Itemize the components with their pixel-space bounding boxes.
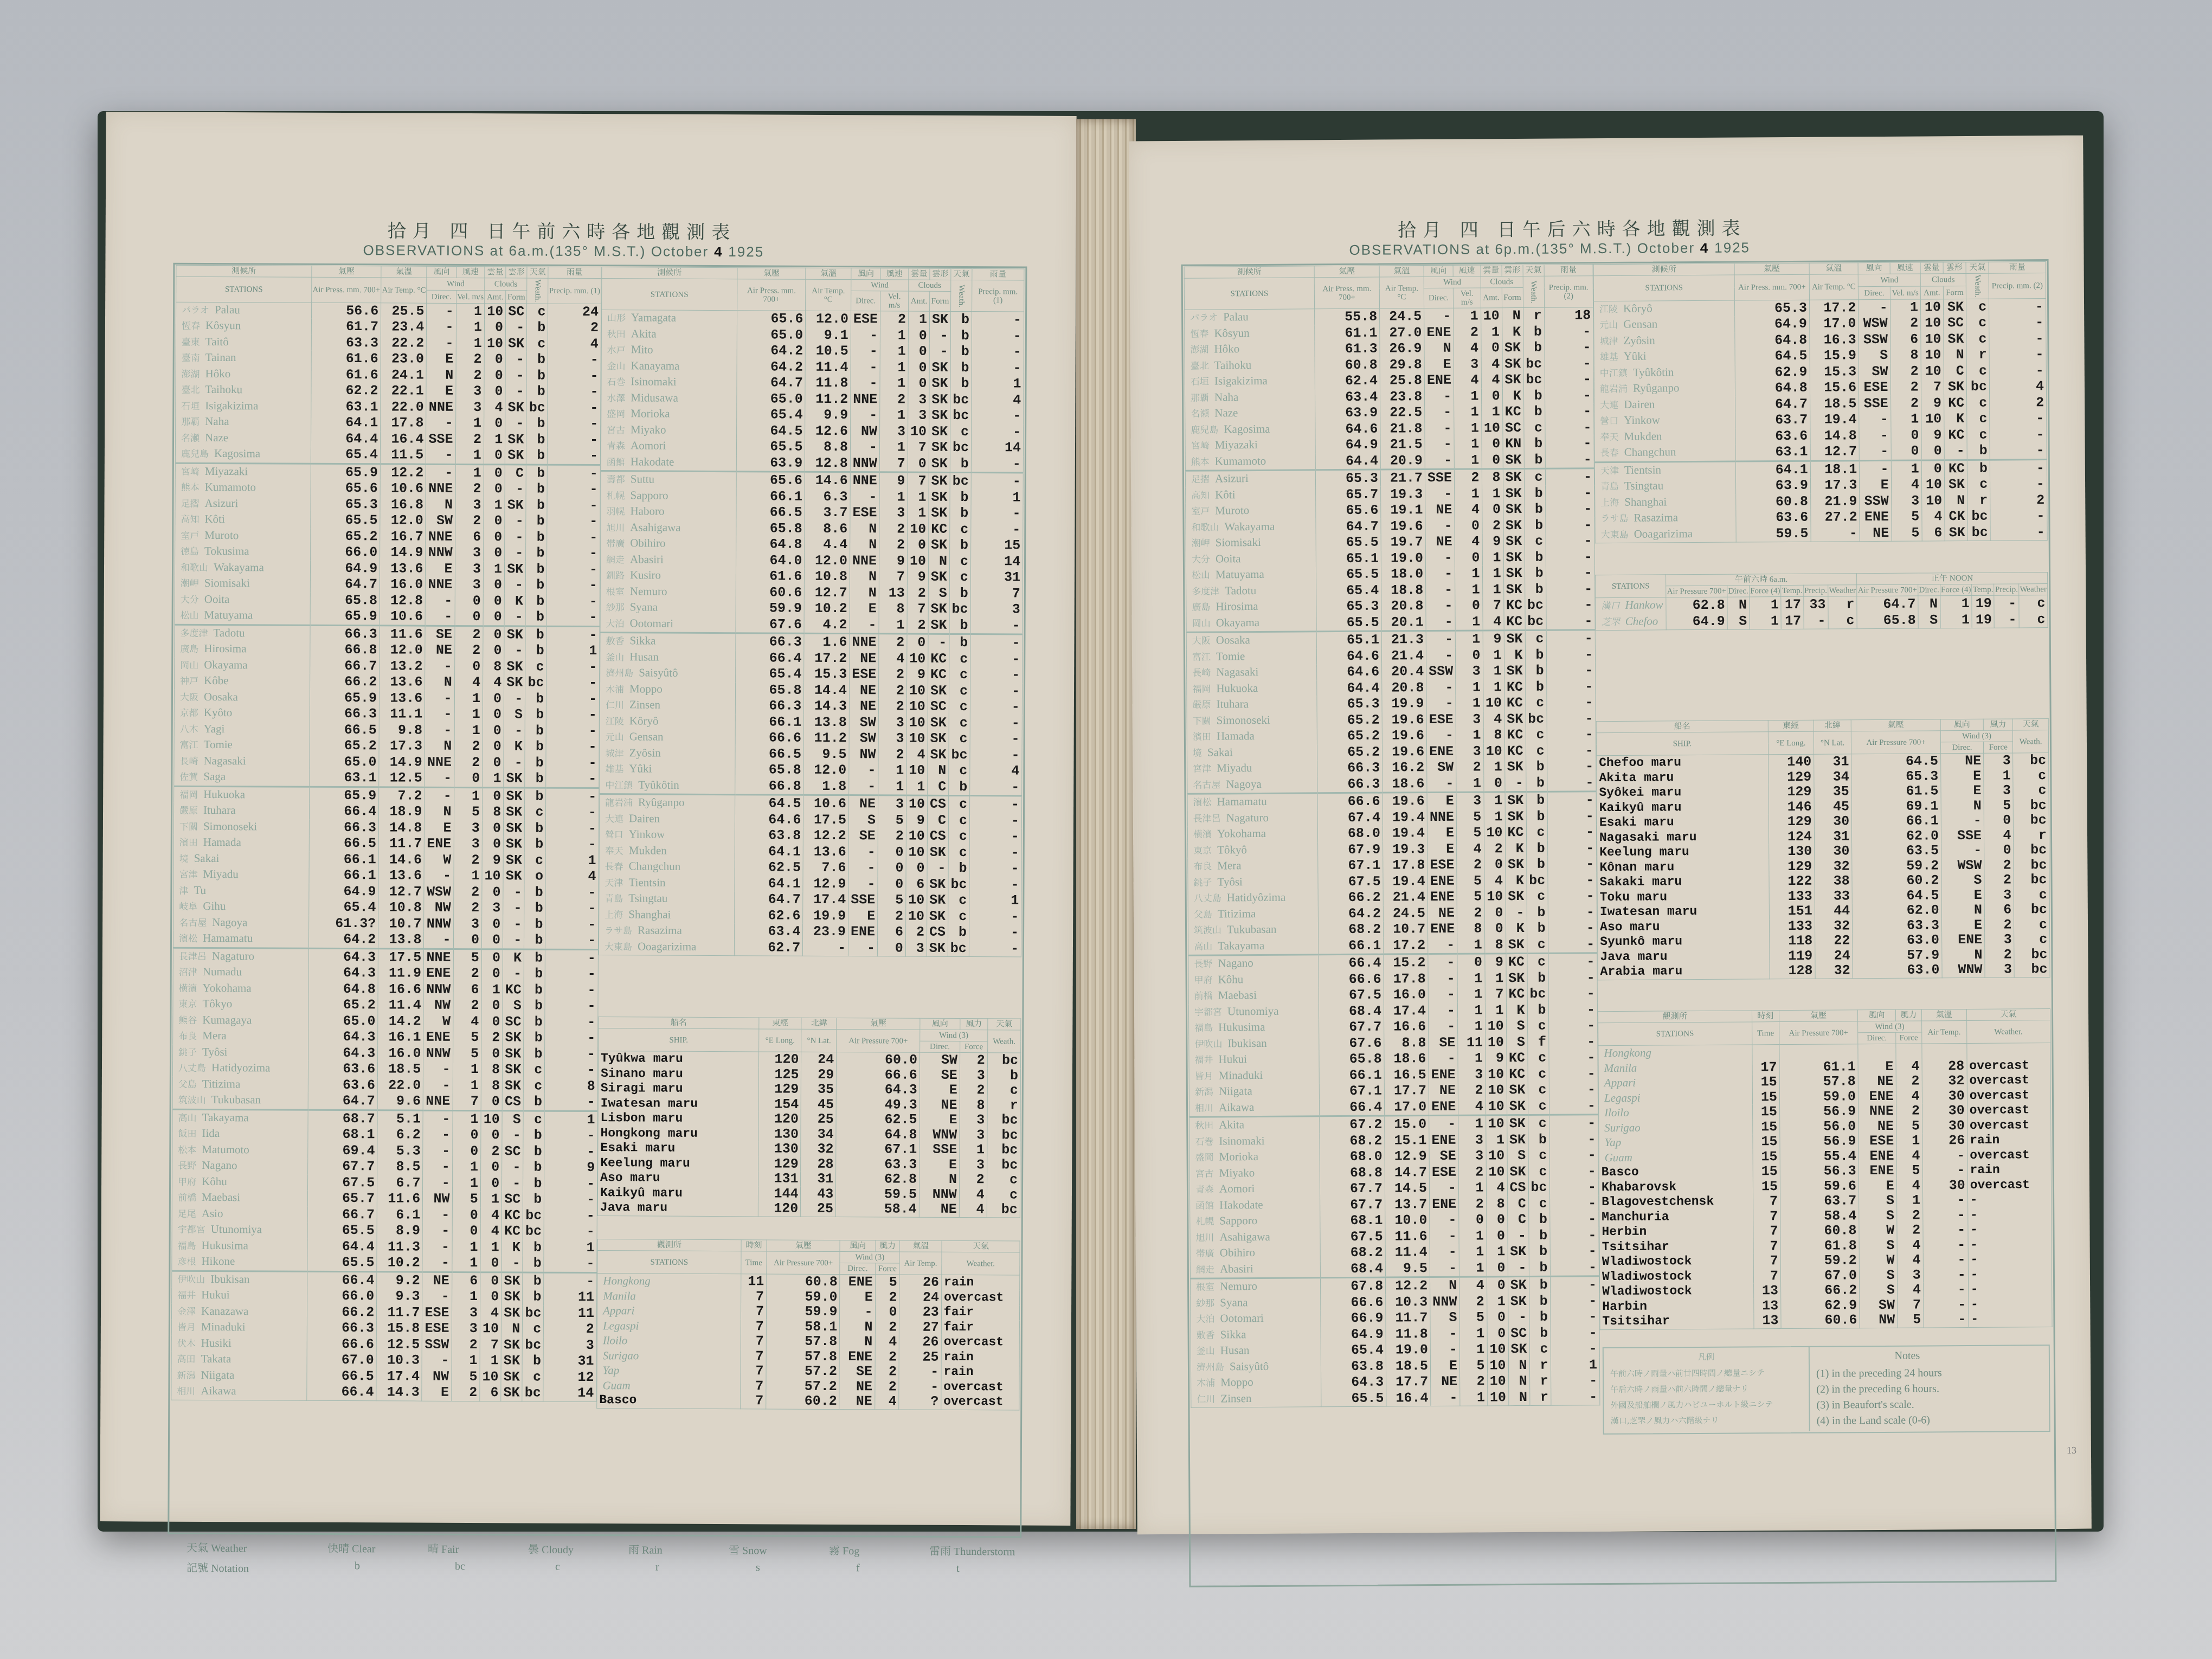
cloud-amount: 10 — [1921, 331, 1944, 348]
wind-direction: S — [1859, 348, 1890, 364]
wind-velocity: 4 — [1891, 477, 1921, 493]
wind-velocity: 3 — [455, 577, 483, 593]
wind-direction: - — [851, 375, 880, 391]
precipitation: 31 — [970, 569, 1023, 586]
wind-velocity: 3 — [878, 730, 906, 747]
precipitation: - — [548, 481, 601, 498]
weather-code: b — [523, 1289, 544, 1306]
air-temp: 19.6 — [1382, 728, 1426, 744]
station-name-en: Simonoseki — [203, 820, 257, 833]
air-temp: 15.8 — [377, 1321, 422, 1337]
precipitation: - — [1545, 501, 1594, 517]
weather-code: c — [948, 844, 969, 860]
station-row: 東京Tôkyo65.211.4NW20Sb- — [173, 996, 598, 1014]
precipitation: - — [1548, 1018, 1598, 1034]
precipitation: - — [548, 432, 601, 448]
station-name-en: Isigakizima — [1214, 374, 1268, 388]
wind-velocity: 0 — [452, 1223, 480, 1239]
weather-code: bc — [2014, 902, 2050, 917]
station-name-jp: 徳島 — [181, 546, 199, 557]
cloud-form: SK — [928, 601, 949, 618]
station-name-en: Mito — [631, 343, 653, 356]
station-name-jp: 根室 — [1196, 1282, 1214, 1293]
wind-direction: E — [919, 1083, 960, 1098]
air-temp: 17.2 — [1809, 299, 1859, 316]
air-pressure: 65.4 — [1321, 1342, 1386, 1359]
station-name-jp: 岐阜 — [179, 902, 197, 912]
foreign-station-row: Surigao757.8ENE225rain — [597, 1348, 1019, 1365]
station-name: 仁川Zinsen — [600, 697, 735, 714]
china-table-container: STATIONS午前六時 6a.m.正午 NOONAir Pressure 70… — [1595, 572, 2048, 631]
foreign-station-row: Appari1557.8NE232overcast — [1598, 1073, 2050, 1091]
station-name: 宮崎Miyazaki — [175, 463, 311, 480]
station-row: 飯田Iida68.16.2-00-b- — [172, 1126, 597, 1144]
precipitation: 7 — [970, 586, 1023, 602]
latitude: 24 — [1815, 948, 1853, 963]
wind-direction: NE — [1940, 753, 1983, 768]
station-name: 飯田Iida — [172, 1126, 308, 1143]
precipitation: - — [1546, 679, 1596, 695]
station-name-en: Obihiro — [630, 536, 665, 549]
cloud-amount: 0 — [1487, 1277, 1508, 1294]
wind-velocity: 2 — [1458, 1164, 1486, 1180]
station-name-jp: 父島 — [178, 1079, 197, 1090]
wind-velocity: 1 — [1454, 436, 1482, 452]
station-name-jp: 高山 — [1194, 941, 1212, 952]
wind-direction: NNE — [850, 553, 879, 569]
precipitation: - — [547, 497, 600, 513]
station-name-en: Miyako — [1219, 1166, 1255, 1179]
station-row: 嚴原Ituhara66.418.9N58SKc- — [173, 803, 599, 821]
wind-direction: N — [1424, 340, 1454, 357]
wind-direction: E — [1858, 1059, 1896, 1074]
weather-code: c — [1527, 936, 1548, 953]
station-name-jp: 濱松 — [1193, 797, 1212, 808]
weather-code: bc — [950, 408, 972, 424]
weather-code: c — [1528, 1098, 1549, 1115]
latitude: 32 — [1815, 859, 1853, 874]
station-name-en: Midusawa — [631, 391, 678, 404]
station-name: 釜山Husan — [600, 650, 736, 666]
station-row: 江陵Kôryô66.113.8SW310SKc- — [600, 713, 1022, 731]
cloud-form: C — [1507, 1212, 1528, 1228]
china-cell-d2: N — [1918, 596, 1940, 612]
longitude: 129 — [1769, 859, 1815, 874]
station-name-jp: 大東島 — [605, 942, 632, 953]
station-name-jp: 廣島 — [1192, 602, 1210, 613]
station-name-en: Saisyûtô — [639, 666, 678, 679]
wind-velocity: 1 — [1454, 404, 1482, 420]
station-name: 新潟Niigata — [1189, 1083, 1319, 1100]
station-row: 長崎Nagasaki64.620.4SSW31SKb- — [1187, 663, 1596, 681]
station-name-en: Aomori — [631, 439, 666, 452]
precipitation: - — [544, 1175, 597, 1192]
cloud-amount: 10 — [1487, 1390, 1508, 1406]
weather-code: b — [525, 837, 546, 853]
station-name-en: Changchun — [629, 859, 681, 872]
cloud-form: SK — [503, 837, 524, 853]
station-name: 八丈島Hatidyôzima — [1188, 890, 1318, 906]
station-name-en: Aomori — [1219, 1182, 1255, 1195]
cloud-form: SK — [1503, 549, 1525, 565]
header-wind: Wind (3) — [840, 1252, 899, 1263]
air-temp: 6.7 — [377, 1175, 423, 1191]
station-name-jp: 高知 — [1191, 490, 1210, 501]
header-clouds: Clouds — [1481, 276, 1523, 287]
ship-name: Arabia maru — [1598, 963, 1770, 980]
header-wind: Wind — [851, 280, 909, 291]
air-temp: 19.0 — [1381, 550, 1425, 567]
air-temp: 11.4 — [378, 998, 423, 1014]
cloud-form: - — [503, 916, 524, 933]
station-row: 石垣Isigakizima62.425.8ENE44SKbc- — [1185, 371, 1593, 390]
weather-code: c — [1525, 630, 1546, 647]
station-name: 元山Gensan — [600, 729, 735, 746]
weather-text: rain — [1967, 1162, 2051, 1178]
precipitation: - — [545, 916, 599, 933]
header-latitude: °N Lat. — [1814, 731, 1851, 754]
station-name-jp: 高田 — [177, 1354, 196, 1365]
air-temp: 22.0 — [381, 399, 426, 415]
header-jp-cell: 風向 — [920, 1018, 960, 1030]
air-pressure: 65.9 — [311, 464, 380, 481]
air-pressure: 60.0 — [837, 1052, 920, 1068]
station-name-jp: 釜山 — [606, 652, 624, 663]
legend-code: f — [829, 1562, 929, 1578]
precipitation: - — [1549, 1147, 1599, 1163]
station-name-en: Minaduki — [201, 1320, 246, 1333]
weather-code: bc — [949, 747, 970, 763]
station-name: 前橋Maebasi — [172, 1190, 307, 1207]
station-name: 沼津Numadu — [173, 964, 308, 981]
wind-velocity: 2 — [452, 1337, 480, 1353]
obs-time: 7 — [741, 1304, 766, 1319]
wind-force: 4 — [1984, 828, 2014, 843]
station-row: 敷香Sikka64.911.8-10SCb- — [1191, 1325, 1599, 1343]
station-row: 銚子Tyôsi64.316.0NNW50SKb- — [173, 1044, 598, 1062]
air-temp: 13.6 — [380, 561, 426, 577]
station-name-jp: 新潟 — [1195, 1086, 1213, 1097]
weather-code: bc — [2013, 753, 2049, 768]
air-pressure: 60.2 — [1852, 873, 1941, 889]
header-jp-cell: 北緯 — [1814, 720, 1851, 731]
weather-code: b — [1529, 1309, 1550, 1326]
station-name-jp: 熊本 — [1191, 456, 1210, 467]
station-name: 父島Titizima — [1188, 906, 1318, 923]
air-temp: 16.0 — [378, 1045, 423, 1062]
cloud-form: SK — [929, 489, 950, 505]
station-name: 大阪Oosaka — [1186, 632, 1316, 649]
foreign-station-row: Khabarovsk1559.6E430overcast — [1599, 1178, 2051, 1195]
station-name: 壽都Suttu — [601, 471, 736, 488]
china-cell-w1: c — [1828, 613, 1857, 629]
station-name-jp: 龍岩浦 — [605, 798, 633, 808]
wind-velocity: 1 — [452, 1175, 480, 1192]
header-sub-cell: Direc. — [1918, 584, 1940, 596]
cloud-amount: 0 — [1481, 340, 1502, 356]
weather-code: bc — [2014, 798, 2049, 813]
station-name-jp: 雄基 — [1600, 352, 1618, 363]
station-row: 網走Abasiri64.012.0NNE910Nc14 — [601, 552, 1023, 570]
precipitation: 18 — [1544, 307, 1593, 324]
weather-code: b — [526, 465, 547, 481]
station-row: 新潟Niigata66.517.4NW510SKc12 — [171, 1367, 596, 1385]
cloud-amount: 7 — [907, 601, 928, 618]
header-jp-cell: 天氣 — [2013, 719, 2049, 730]
weather-code: b — [523, 1256, 544, 1272]
cloud-form: - — [1508, 1259, 1529, 1276]
wind-velocity: 11 — [1458, 1034, 1486, 1051]
air-temp: 26.9 — [1380, 340, 1424, 357]
ship-name: Toku maru — [1597, 889, 1769, 905]
cloud-form: SK — [504, 626, 525, 643]
cloud-form: SK — [504, 659, 525, 675]
station-name-en: Abasiri — [630, 552, 664, 565]
station-name-jp: 長野 — [178, 1161, 196, 1172]
station-name-jp: 飯田 — [178, 1129, 196, 1140]
air-temp: 16.7 — [380, 529, 426, 545]
station-name-jp: ラサ島 — [1600, 513, 1628, 524]
station-name-jp: 名古屋 — [1193, 780, 1220, 790]
air-temp: 30 — [1922, 1178, 1967, 1193]
station-name-jp: 潮岬 — [181, 578, 199, 589]
air-pressure: 64.2 — [737, 359, 806, 375]
station-name-en: Utunomiya — [1227, 1004, 1279, 1018]
air-temp: 19.9 — [803, 908, 848, 924]
foreign-station-row: Yap1556.9ESE126rain — [1599, 1133, 2051, 1150]
precipitation: - — [1989, 363, 2046, 379]
station-row: 大阪Oosaka65.913.6-10-b- — [174, 689, 599, 707]
wind-direction: N — [1941, 903, 1984, 918]
air-pressure: 59.5 — [1736, 525, 1811, 542]
station-name: 木浦Moppo — [1191, 1374, 1321, 1391]
foreign-station-row: Legaspi758.1N227fair — [597, 1319, 1019, 1335]
cloud-form: KC — [1505, 825, 1526, 841]
wind-velocity: 2 — [1454, 469, 1482, 486]
wind-velocity: 1 — [454, 691, 483, 707]
wind-velocity: 1 — [456, 336, 484, 352]
cloud-amount: 8 — [482, 804, 503, 820]
station-name-jp: 宮津 — [1193, 763, 1211, 774]
station-name: 那覇Naha — [1185, 389, 1315, 406]
station-table: 測候所氣壓氣溫風向風速雲量雲形天氣雨量STATIONSAir Press. mm… — [599, 267, 1025, 957]
note-line-en: (4) in the Land scale (0-6) — [1817, 1412, 1999, 1429]
weather-code: b — [524, 949, 545, 966]
obs-time: 7 — [741, 1334, 766, 1349]
weather-code: b — [1529, 1276, 1550, 1293]
station-name: 濱田Hamada — [173, 835, 309, 852]
wind-direction: N — [426, 497, 455, 513]
precipitation: - — [1545, 403, 1594, 420]
wind-direction: - — [426, 447, 455, 464]
latitude: 32 — [1815, 918, 1853, 934]
station-name-jp: 元山 — [606, 732, 624, 743]
air-temp: 11.4 — [1385, 1244, 1430, 1261]
weather-code: c — [949, 683, 970, 699]
weather-code: c — [2014, 888, 2050, 903]
wind-velocity: 7 — [879, 455, 908, 472]
weather-text: - — [1967, 1207, 2051, 1223]
air-pressure: 61.5 — [1851, 783, 1941, 799]
air-pressure: 49.3 — [836, 1097, 919, 1113]
station-name: 彦根Hikone — [172, 1254, 307, 1271]
weather-code: c — [1528, 1115, 1549, 1131]
wind-force: 4 — [1897, 1238, 1923, 1253]
air-pressure: 65.7 — [1316, 486, 1381, 503]
weather-code: b — [1967, 460, 1990, 477]
air-pressure: 63.1 — [310, 770, 379, 787]
air-temp: 19.6 — [1381, 518, 1425, 535]
cloud-form: SK — [501, 1289, 523, 1306]
weather-code: c — [1525, 695, 1546, 711]
date-day: 4 — [1700, 241, 1709, 257]
station-name: 長津呂Nagaturo — [173, 948, 308, 965]
wind-direction: NW — [423, 1191, 452, 1207]
station-row: 木浦Moppo65.814.4NE210SKc- — [600, 681, 1022, 699]
foreign-table-container: 觀測所時刻氣壓風向風力氣溫天氣STATIONSTimeAir Pressure … — [1598, 1008, 2053, 1330]
station-name-jp: 筑波山 — [178, 1095, 206, 1106]
wind-velocity: 1 — [452, 1159, 480, 1175]
station-row: 皆月Minaduki66.315.8ESE310Nc2 — [171, 1320, 596, 1338]
air-temp: 8.5 — [377, 1159, 423, 1175]
obs-time: 7 — [1753, 1253, 1781, 1269]
air-temp: 17.2 — [804, 650, 850, 666]
air-temp: 10.6 — [380, 481, 426, 497]
cloud-form: SK — [1505, 857, 1526, 873]
cloud-amount: 10 — [1487, 1373, 1508, 1390]
air-pressure: 57.9 — [1853, 948, 1942, 963]
air-pressure: 63.8 — [1321, 1358, 1386, 1374]
weather-code: b — [1523, 340, 1544, 356]
precipitation: - — [1548, 970, 1598, 986]
weather-code: b — [523, 1160, 544, 1176]
wind-direction: - — [1859, 428, 1891, 444]
precipitation: - — [972, 424, 1024, 440]
wind-direction: - — [425, 658, 454, 674]
air-temp: 11.7 — [377, 1304, 422, 1321]
weather-code: b — [1524, 485, 1545, 501]
air-pressure: 65.4 — [1316, 582, 1381, 599]
weather-code: b — [949, 585, 970, 601]
header-sub-cell: Precip. — [1994, 584, 2019, 595]
cloud-amount: 1 — [1485, 1002, 1506, 1019]
air-pressure: 64.9 — [1315, 437, 1380, 453]
cloud-form: SK — [505, 432, 526, 448]
weather-text: rain — [942, 1275, 1020, 1290]
air-temp: 3.7 — [805, 505, 850, 521]
cloud-form: SK — [929, 311, 950, 327]
header-weather: Weather. — [942, 1252, 1020, 1275]
station-row: 伊吹山Ibukisan67.68.8SE1110Sf- — [1189, 1034, 1598, 1052]
header-jp-cell: 風速 — [456, 266, 484, 278]
wind-direction: W — [1859, 1223, 1897, 1238]
air-temp: - — [1923, 1267, 1968, 1282]
cloud-form: - — [503, 933, 524, 949]
wind-direction: E — [840, 1290, 875, 1305]
china-cell-p2: 65.8 — [1857, 612, 1918, 629]
wind-direction: SE — [919, 1068, 960, 1083]
station-name-jp: 八丈島 — [1194, 893, 1221, 904]
cloud-form: S — [928, 585, 949, 601]
air-pressure: 65.8 — [310, 592, 380, 608]
station-name-en: Sikka — [1220, 1328, 1246, 1341]
air-temp: 9.1 — [806, 327, 851, 343]
air-pressure: 57.8 — [766, 1349, 840, 1364]
air-pressure: 61.6 — [736, 568, 805, 584]
station-name-en: Hôko — [1214, 342, 1239, 355]
station-name: 松山Matuyama — [175, 608, 310, 625]
foreign-station-row: Tsitsihar1360.6NW5-- — [1600, 1311, 2052, 1329]
header-row-en: STATIONSTimeAir Pressure 700+Wind (3)Air… — [597, 1251, 1020, 1264]
precipitation: - — [548, 384, 601, 400]
precipitation: - — [545, 982, 598, 998]
wind-direction: ESE — [1427, 857, 1457, 873]
obs-time: 7 — [1753, 1209, 1780, 1224]
station-name: 大泊Ootomari — [1191, 1310, 1321, 1327]
wind-velocity: 2 — [455, 432, 484, 448]
cloud-amount: 10 — [1920, 299, 1943, 315]
air-temp: 16.5 — [1384, 1067, 1429, 1083]
station-name-en: Sikka — [629, 634, 655, 647]
wind-velocity: 1 — [452, 1255, 480, 1272]
header-sub-cell: Vel. m/s — [880, 291, 909, 311]
header-wind: Wind — [1424, 276, 1481, 288]
cloud-form: SK — [503, 820, 524, 837]
air-temp: 10.2 — [377, 1255, 422, 1272]
wind-direction: - — [427, 303, 456, 319]
weather-code: c — [1966, 331, 1989, 347]
cloud-form: SK — [504, 771, 525, 788]
longitude: 130 — [1769, 844, 1815, 859]
ship-table-container: 船名東經北緯氣壓風向風力天氣SHIP.°E Long.°N Lat.Air Pr… — [597, 1017, 1021, 1218]
air-pressure: 65.3 — [1734, 300, 1809, 317]
precipitation: 11 — [544, 1305, 597, 1321]
header-air-temp: Air Temp. — [899, 1252, 942, 1275]
precipitation: - — [1990, 410, 2047, 427]
air-temp: 13.2 — [380, 658, 425, 674]
station-name-en: Mukden — [1624, 429, 1662, 442]
air-pressure: 59.0 — [767, 1289, 840, 1304]
station-name-en: Tainan — [205, 351, 236, 364]
cloud-amount: 10 — [1921, 363, 1944, 380]
wind-direction: E — [1424, 356, 1454, 372]
station-name: 福井Hukui — [1189, 1051, 1319, 1068]
wind-velocity: 2 — [878, 747, 906, 763]
cloud-amount: 0 — [481, 1046, 503, 1062]
station-table: 測候所氣壓氣溫風向風速雲量雲形天氣雨量STATIONSAir Press. mm… — [1184, 264, 1600, 1408]
station-row: 濟州島Saisyûtô65.415.3ESE29KCc- — [600, 665, 1023, 683]
obs-time: 13 — [1753, 1298, 1781, 1314]
station-row: 名古屋Nagoya66.318.6-10-b- — [1187, 775, 1596, 794]
station-name-jp: 釜山 — [1197, 1346, 1215, 1356]
wind-direction: - — [1426, 582, 1455, 598]
air-temp: 32 — [1922, 1073, 1967, 1089]
cloud-amount: 0 — [481, 949, 503, 966]
weather-code: c — [1967, 477, 1990, 493]
cloud-form: SK — [929, 423, 950, 440]
station-name-jp: 大阪 — [180, 692, 198, 703]
header-jp-cell: 氣溫 — [899, 1240, 942, 1252]
cloud-form: SK — [501, 1369, 522, 1385]
wind-velocity: 1 — [1458, 1180, 1486, 1196]
air-temp: 15.0 — [1385, 1116, 1429, 1133]
air-pressure: 64.8 — [836, 1127, 919, 1142]
station-name: 江陵Kôryô — [1593, 300, 1734, 318]
station-name: Manila — [1598, 1060, 1752, 1076]
cloud-amount: 2 — [1484, 841, 1505, 857]
precipitation: - — [1990, 427, 2047, 443]
air-temp: - — [1922, 1207, 1967, 1223]
